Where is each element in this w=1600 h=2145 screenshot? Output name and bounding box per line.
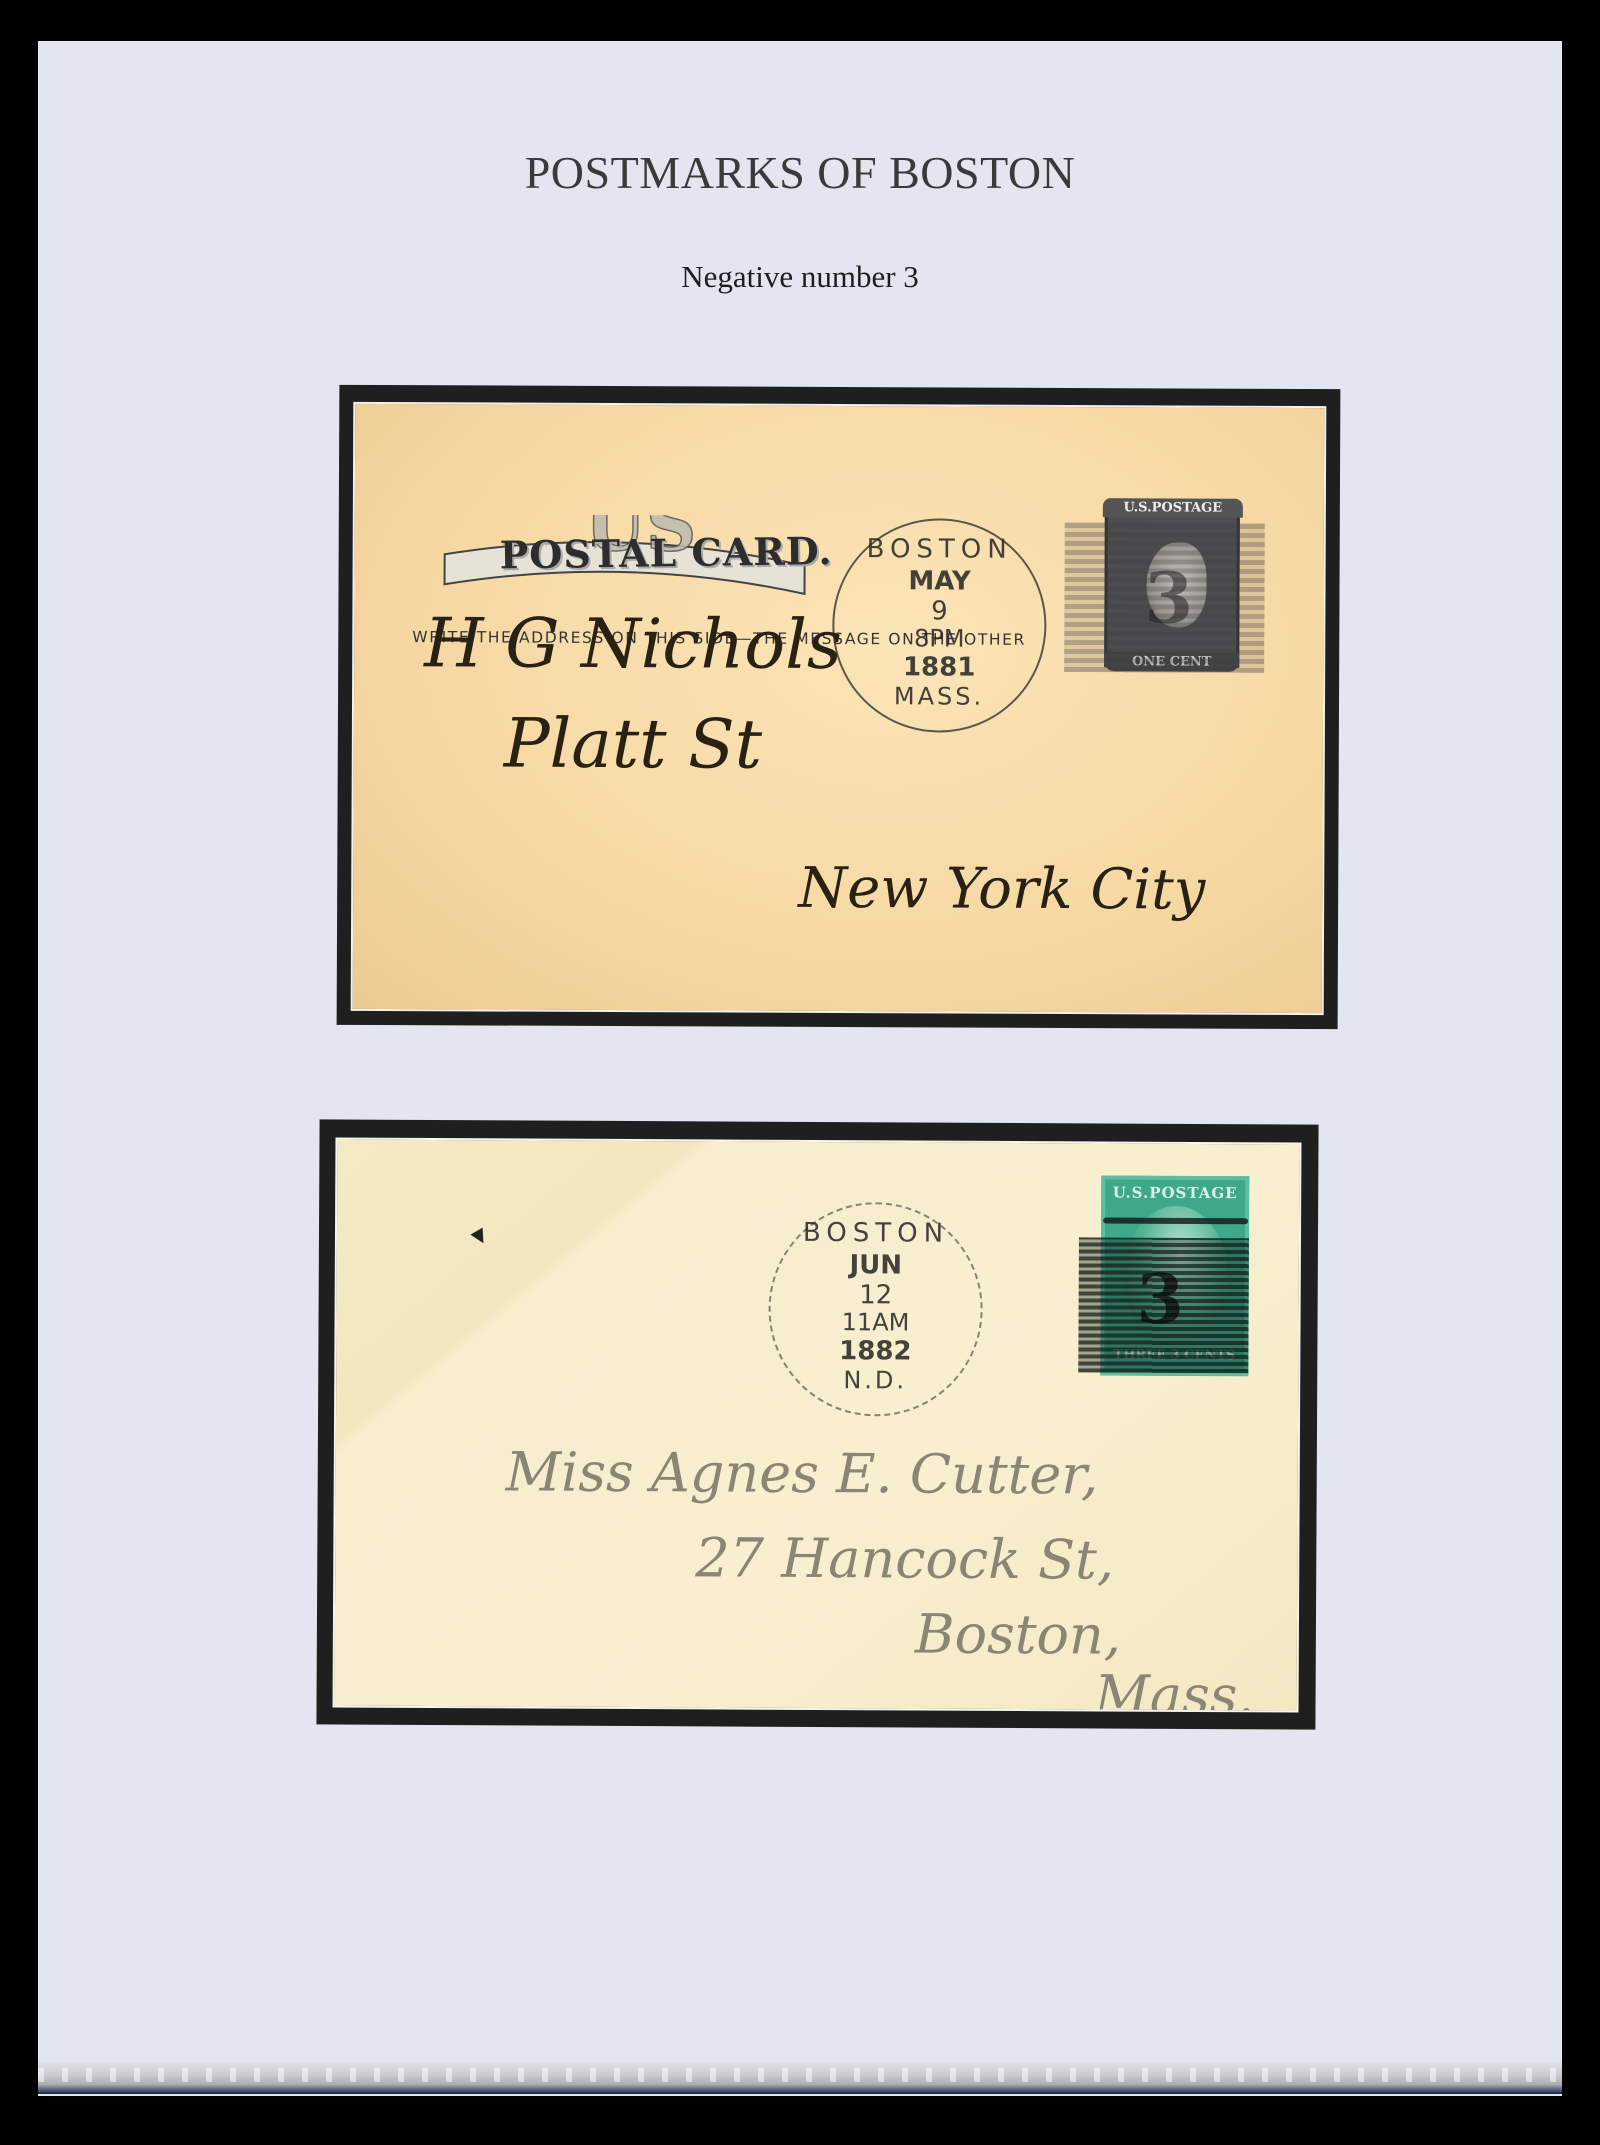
postal-card-heading: POSTAL CARD.: [499, 528, 832, 577]
binding-teeth: [38, 2068, 1562, 2082]
page-title: POSTMARKS OF BOSTON: [0, 146, 1600, 199]
address-line: Platt St: [504, 705, 763, 785]
page-subtitle: Negative number 3: [0, 259, 1600, 295]
ink-mark: [470, 1228, 489, 1247]
address-line: Mass.: [1094, 1663, 1254, 1712]
album-page: [38, 41, 1562, 2096]
cancel-bar: [1103, 1217, 1248, 1224]
three-cent-washington-stamp: U.S.POSTAGE THREE 3 CENTS 3: [1078, 1175, 1249, 1401]
address-line: Miss Agnes E. Cutter,: [506, 1440, 1099, 1506]
stamp-mount-cover: BOSTON JUN 12 11AM 1882 N.D. U.S.POSTAGE…: [316, 1119, 1318, 1729]
cover-envelope[interactable]: BOSTON JUN 12 11AM 1882 N.D. U.S.POSTAGE…: [333, 1137, 1302, 1712]
postal-card[interactable]: US POSTAL CARD. WRITE THE ADDRESS ON THI…: [351, 402, 1327, 1015]
stamp-mount-postal-card: US POSTAL CARD. WRITE THE ADDRESS ON THI…: [337, 385, 1341, 1029]
negative-numeral-cancel: 3: [1136, 1260, 1184, 1340]
page-protector-binding-strip: [38, 2062, 1562, 2094]
address-line: H G Nichols: [424, 604, 842, 685]
postmark-boston-1882: BOSTON JUN 12 11AM 1882 N.D.: [768, 1202, 983, 1417]
address-line: New York City: [798, 856, 1205, 923]
negative-numeral-cancel: 3: [1144, 556, 1193, 639]
address-line: 27 Hancock St,: [695, 1526, 1114, 1591]
one-cent-indicium: U.S.POSTAGE ONE CENT 3: [1064, 492, 1265, 683]
postmark-boston-1881: BOSTON MAY 9 8PM 1881 MASS.: [832, 518, 1047, 733]
address-line: Boston,: [915, 1603, 1121, 1667]
